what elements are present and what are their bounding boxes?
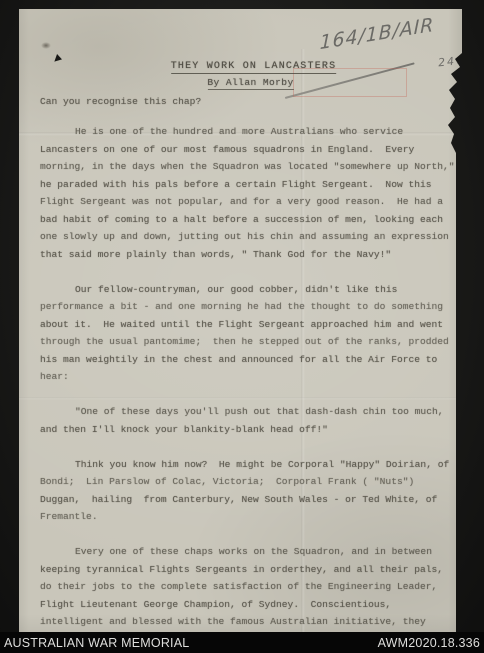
handwritten-file-reference: 164/1B/AIR (320, 14, 435, 54)
text-line: about it. He waited until the Flight Ser… (40, 316, 454, 334)
paragraph-3: "One of these days you'll push out that … (40, 403, 454, 438)
archive-reference-label: AWM2020.18.336 (378, 636, 480, 650)
text-line: hear: (40, 368, 454, 386)
paragraph-2: Our fellow-countryman, our good cobber, … (40, 281, 454, 386)
document-byline: By Allan Morby (207, 77, 293, 90)
text-line: Fremantle. (40, 508, 454, 526)
archival-scan-photo: 164/1B/AIR 246 THEY WORK ON LANCASTERS B… (0, 0, 484, 632)
text-line: he paraded with his pals before a certai… (40, 176, 454, 194)
text-line: bad habit of coming to a halt before a s… (40, 211, 454, 229)
text-line: and then I'll knock your blankity-blank … (40, 421, 454, 439)
paragraph-5: Every one of these chaps works on the Sq… (40, 543, 454, 631)
text-line: "One of these days you'll push out that … (40, 403, 454, 421)
ink-blot-hole-mark (53, 54, 62, 63)
text-line: Duggan, hailing from Canterbury, New Sou… (40, 491, 454, 509)
text-line: Lancasters on one of our most famous squ… (40, 141, 454, 159)
text-line: his man weightily in the chest and annou… (40, 351, 454, 369)
typed-body-text: Can you recognise this chap? He is one o… (40, 93, 454, 631)
text-line: keeping tyrannical Flights Sergeants in … (40, 561, 454, 579)
text-line: that said more plainly than words, " Tha… (40, 246, 454, 264)
text-line: performance a bit - and one morning he h… (40, 298, 454, 316)
text-line: Bondi; Lin Parslow of Colac, Victoria; C… (40, 473, 454, 491)
text-line: Think you know him now? He might be Corp… (40, 456, 454, 474)
text-line: one slowly up and down, jutting out his … (40, 228, 454, 246)
text-line: Flight Sergeant was not popular, and for… (40, 193, 454, 211)
pinhole-mark (41, 42, 51, 49)
text-line: do their jobs to the complete satisfacti… (40, 578, 454, 596)
archive-caption-bar: AUSTRALIAN WAR MEMORIAL AWM2020.18.336 (0, 632, 484, 653)
paragraph-4: Think you know him now? He might be Corp… (40, 456, 454, 526)
archive-institution-label: AUSTRALIAN WAR MEMORIAL (4, 636, 189, 650)
document-title: THEY WORK ON LANCASTERS (171, 61, 337, 74)
opening-paragraph: Can you recognise this chap? (40, 93, 454, 111)
text-line: He is one of the hundred and more Austra… (40, 123, 454, 141)
text-line: morning, in the days when the Squadron w… (40, 158, 454, 176)
text-line: Can you recognise this chap? (40, 93, 454, 111)
text-line: intelligent and blessed with the famous … (40, 613, 454, 631)
text-line: Our fellow-countryman, our good cobber, … (40, 281, 454, 299)
text-line: Flight Lieutenant George Champion, of Sy… (40, 596, 454, 614)
text-line: through the usual pantomime; then he ste… (40, 333, 454, 351)
handwritten-page-number: 246 (437, 54, 465, 70)
typewritten-page: 164/1B/AIR 246 THEY WORK ON LANCASTERS B… (19, 9, 462, 632)
text-line: Every one of these chaps works on the Sq… (40, 543, 454, 561)
paragraph-1: He is one of the hundred and more Austra… (40, 123, 454, 263)
